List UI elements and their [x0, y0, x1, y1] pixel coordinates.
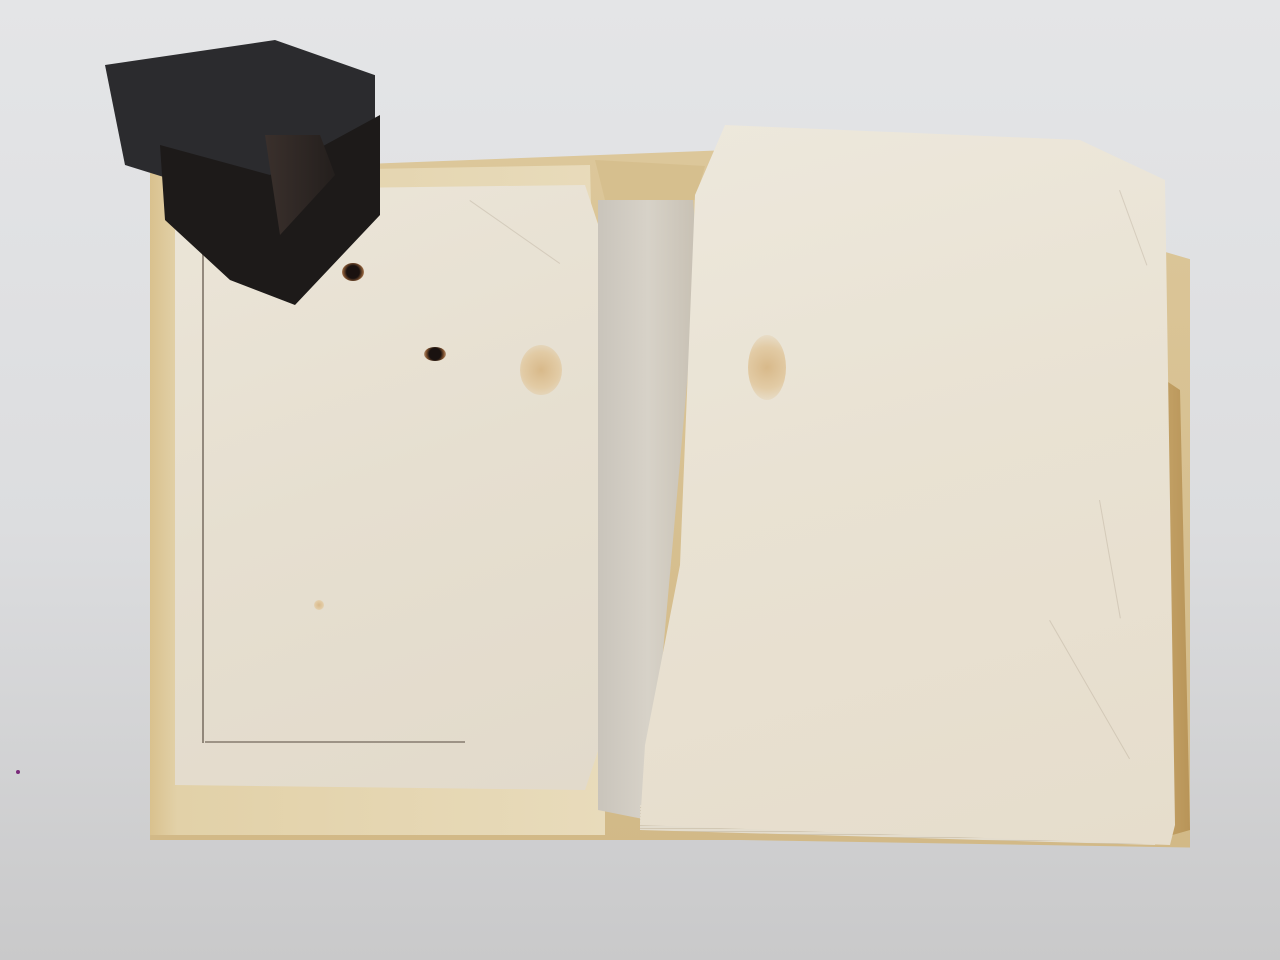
burn-hole [342, 263, 364, 281]
burn-hole [424, 347, 446, 361]
paste-crack-horizontal [205, 741, 465, 743]
foxing-spot [314, 600, 324, 610]
paste-crack-vertical [202, 195, 204, 743]
foxing-stain [748, 335, 786, 400]
spine-head [595, 160, 705, 200]
foxing-stain [520, 345, 562, 395]
surface-speck [16, 770, 20, 774]
right-flyleaf-page [640, 125, 1175, 845]
